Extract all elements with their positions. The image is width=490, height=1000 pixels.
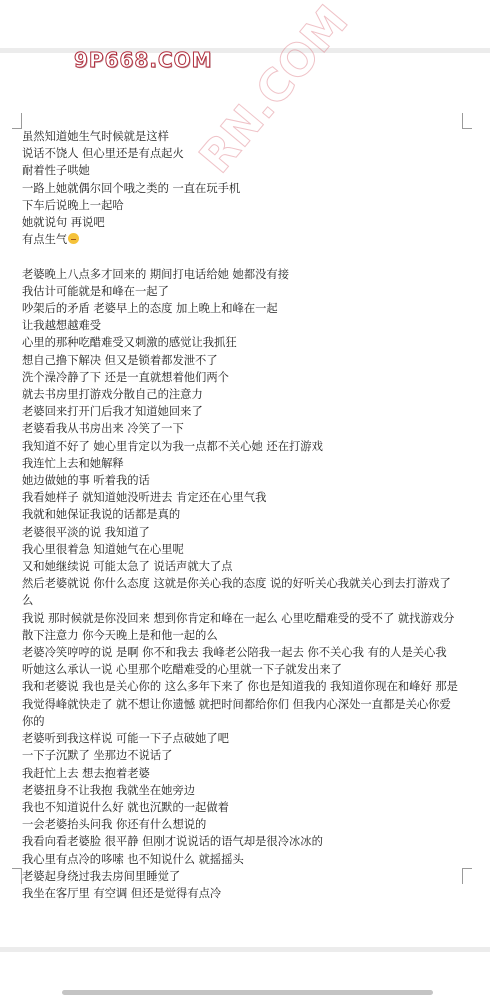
text-line: 老婆冷笑哼哼的说 是啊 你不和我去 我峰老公陪我一起去 你不关心我 有的人是关心… [22,644,462,661]
text-line: 又和她继续说 可能太急了 说话声就大了点 [22,558,462,575]
page-corner-mark-bottom-left [12,868,22,884]
text-line: 我赶忙上去 想去抱着老婆 [22,765,462,782]
text-line: 她就说句 再说吧 [22,214,462,231]
text-line: 一会老婆抬头问我 你还有什么想说的 [22,816,462,833]
text-line: 下车后说晚上一起哈 [22,197,462,214]
text-line: 老婆听到我这样说 可能一下子点破她了吧 [22,730,462,747]
text-line: 我知道不好了 她心里肯定以为我一点都不关心她 还在打游戏 [22,438,462,455]
text-line: 我看向看老婆脸 很平静 但刚才说说话的语气却是很冷冰冰的 [22,833,462,850]
text-line: 我估计可能就是和峰在一起了 [22,283,462,300]
paragraph-2: 老婆晚上八点多才回来的 期间打电话给她 她都没有接 我估计可能就是和峰在一起了 … [22,266,462,903]
text-line-with-emoji: 有点生气 [22,231,462,248]
text-line: 她边做她的事 听着我的话 [22,472,462,489]
horizontal-scrollbar[interactable] [62,990,433,995]
text-line: 老婆起身绕过我去房间里睡觉了 [22,868,462,885]
page-corner-mark-bottom-right [462,868,472,884]
text-line: 耐着性子哄她 [22,162,462,179]
text-line: 让我越想越难受 [22,317,462,334]
text-line: 老婆看我从书房出来 冷笑了一下 [22,420,462,437]
paragraph-gap [22,248,462,265]
text-line: 老婆回来打开门后我才知道她回来了 [22,403,462,420]
text-line: 老婆晚上八点多才回来的 期间打电话给她 她都没有接 [22,266,462,283]
text-line: 说话不饶人 但心里还是有点起火 [22,145,462,162]
text-line: 听她这么承认一说 心里那个吃醋难受的心里就一下子就发出来了 [22,661,462,678]
text-line: 虽然知道她生气时候就是这样 [22,128,462,145]
text-line: 有点生气 [22,233,67,246]
text-line: 洗个澡冷静了下 还是一直就想着他们两个 [22,369,462,386]
text-line: 我连忙上去和她解释 [22,455,462,472]
page-corner-mark-top-left [12,113,22,129]
text-line: 然后老婆就说 你什么态度 这就是你关心我的态度 说的好听关心我就关心到去打游戏了… [22,575,462,609]
text-line: 我也不知道说什么好 就也沉默的一起做着 [22,799,462,816]
paragraph-1: 虽然知道她生气时候就是这样 说话不饶人 但心里还是有点起火 耐着性子哄她 一路上… [22,128,462,248]
text-line: 心里的那种吃醋难受又刺激的感觉让我抓狂 [22,334,462,351]
text-line: 吵架后的矛盾 老婆早上的态度 加上晚上和峰在一起 [22,300,462,317]
text-line: 我坐在客厅里 有空调 但还是觉得有点冷 [22,885,462,902]
text-line: 就去书房里打游戏分散自己的注意力 [22,386,462,403]
text-line: 老婆扭身不让我抱 我就坐在她旁边 [22,782,462,799]
page-corner-mark-top-right [462,113,472,129]
text-line: 老婆很平淡的说 我知道了 [22,524,462,541]
text-line: 想自己撸下解决 但又是锁着都发泄不了 [22,352,462,369]
angry-face-emoji-icon [68,233,79,244]
text-line: 我心里有点冷的哆嗦 也不知说什么 就摇摇头 [22,851,462,868]
text-line: 我心里很着急 知道她气在心里呢 [22,541,462,558]
document-page: RN.COM 虽然知道她生气时候就是这样 说话不饶人 但心里还是有点起火 耐着性… [0,0,490,890]
text-line: 我和老婆说 我也是关心你的 这么多年下来了 你也是知道我的 我知道你现在和峰好 … [22,678,462,730]
document-body: 虽然知道她生气时候就是这样 说话不饶人 但心里还是有点起火 耐着性子哄她 一路上… [22,128,462,902]
text-line: 我就和她保证我说的话都是真的 [22,506,462,523]
text-line: 我看她样子 就知道她没听进去 肯定还在心里气我 [22,489,462,506]
text-line: 一路上她就偶尔回个哦之类的 一直在玩手机 [22,180,462,197]
text-line: 我说 那时候就是你没回来 想到你肯定和峰在一起么 心里吃醋难受的受不了 就找游戏… [22,610,462,644]
bottom-page-gap [0,947,490,952]
text-line: 一下子沉默了 坐那边不说话了 [22,747,462,764]
